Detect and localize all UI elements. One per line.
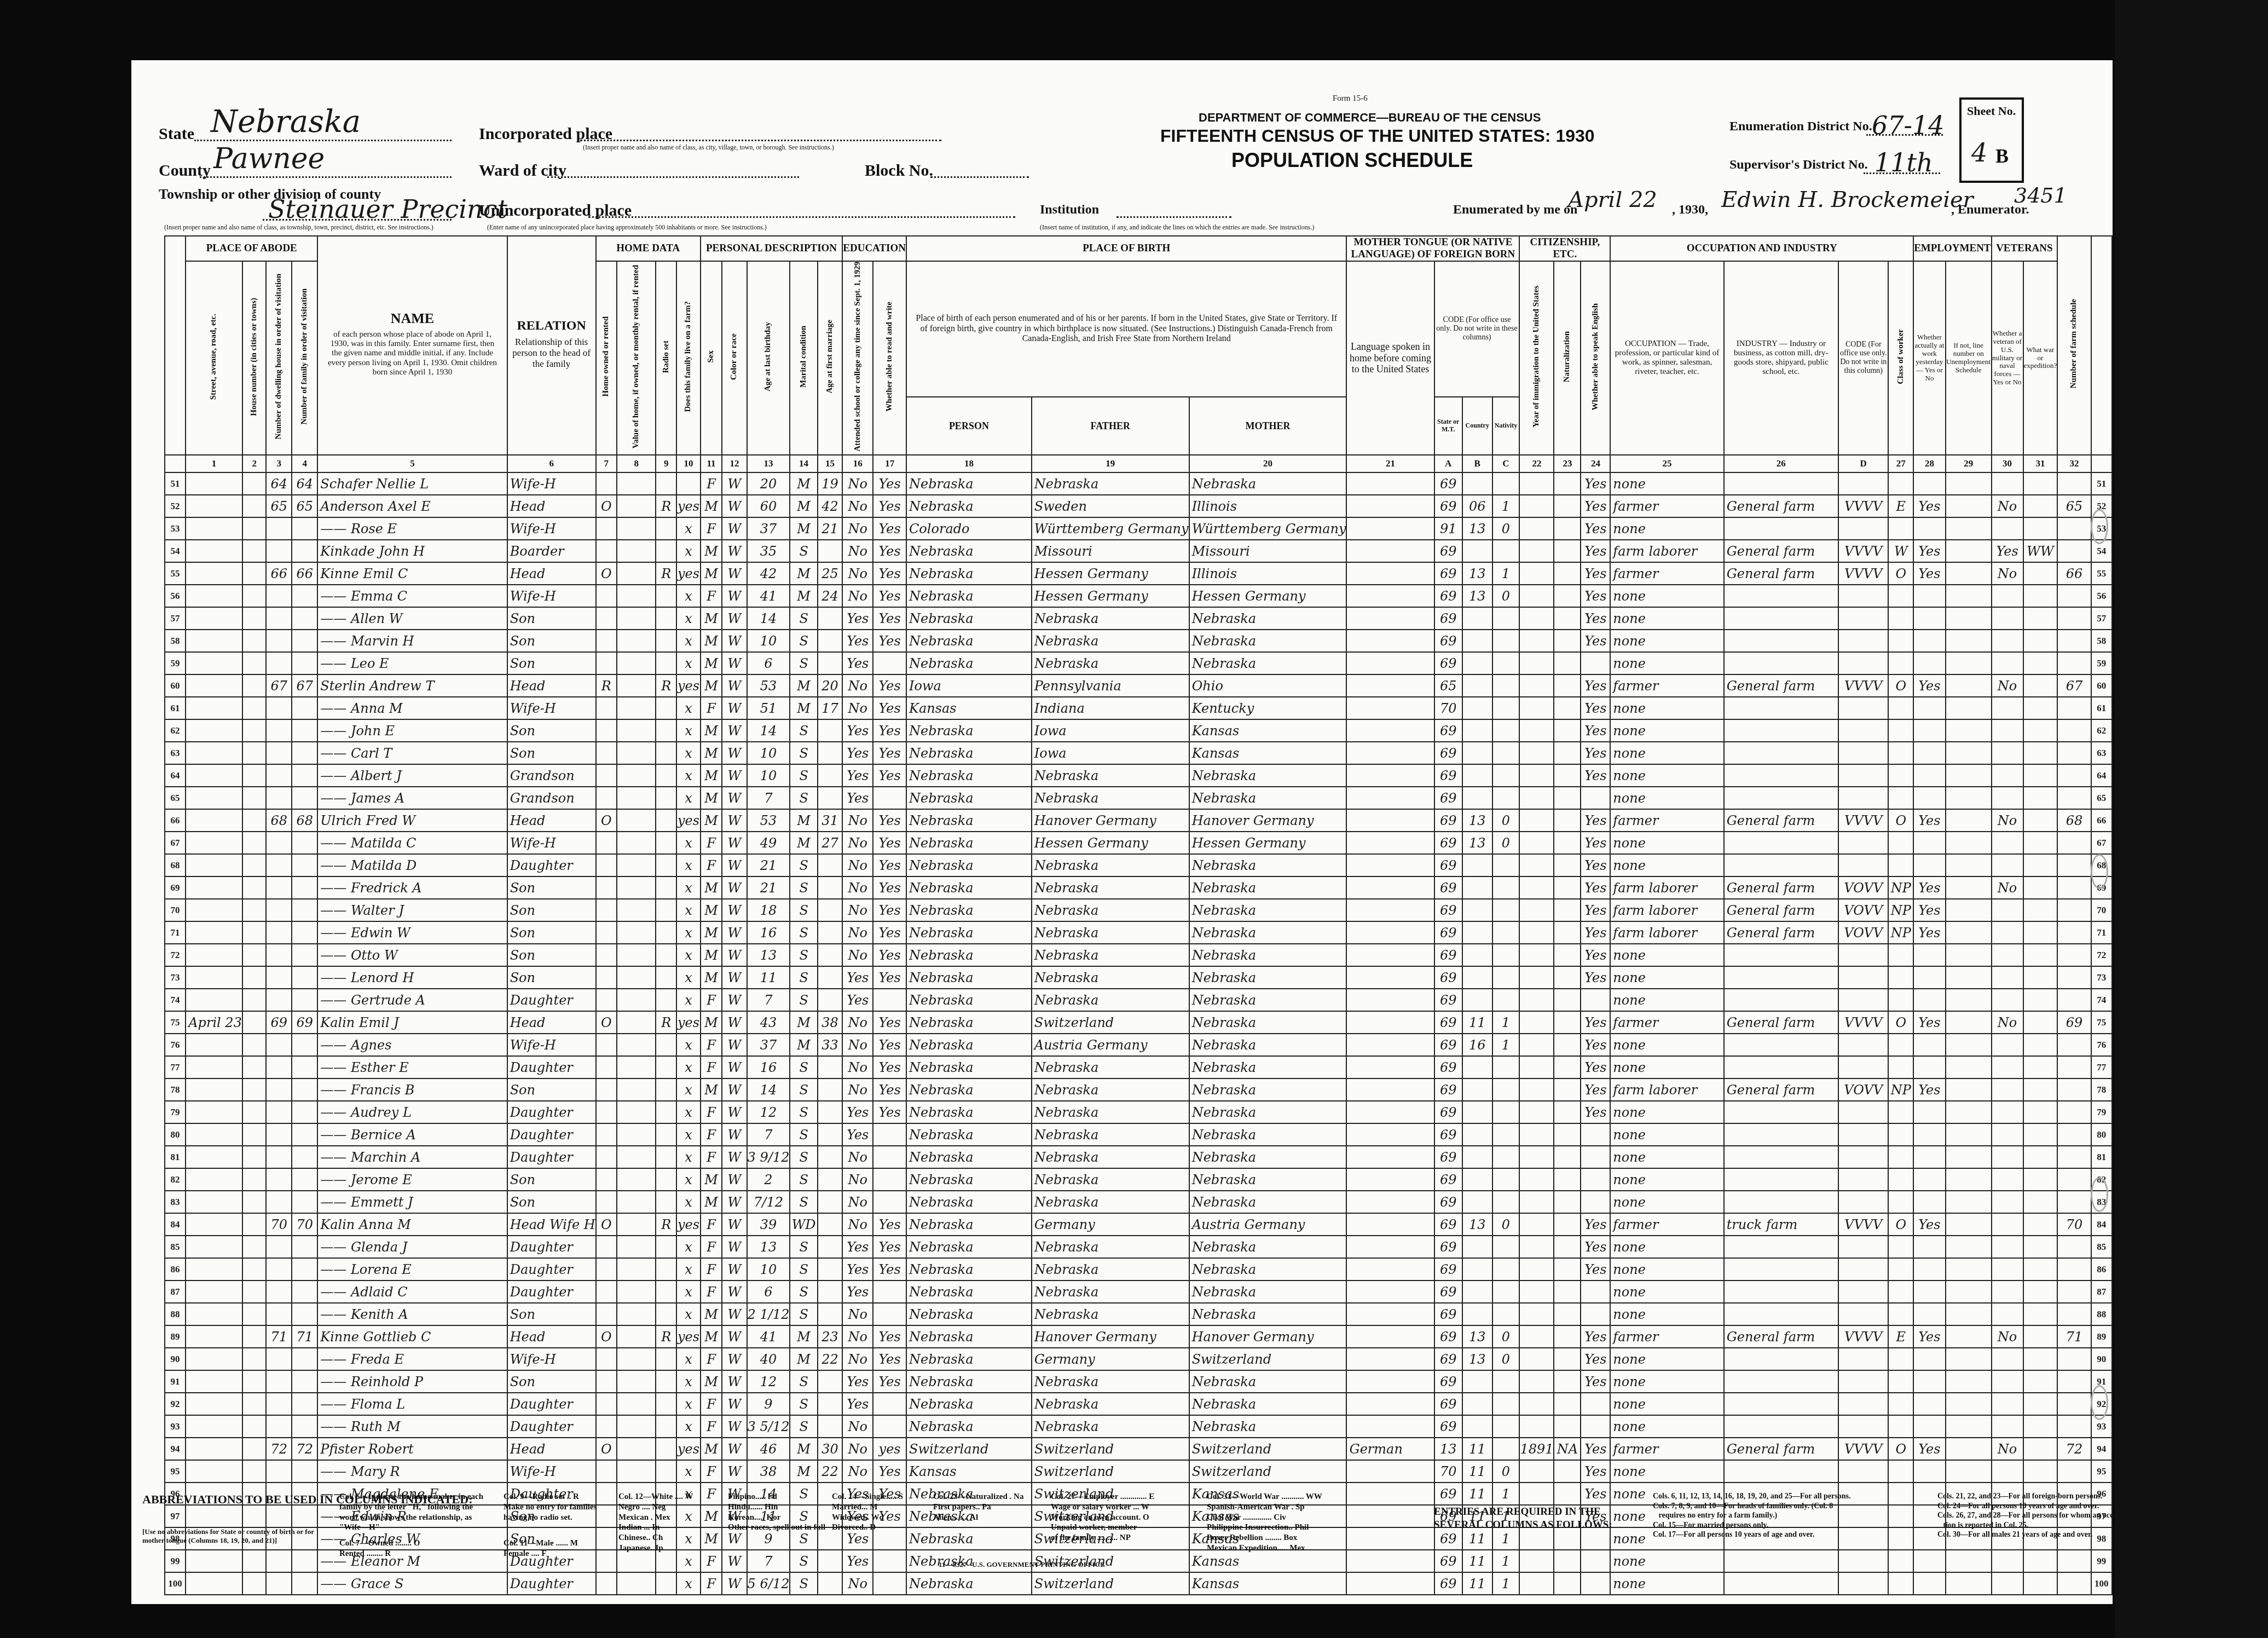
cell-relation[interactable]: Daughter (507, 1236, 596, 1258)
cell-marital[interactable]: S (790, 1101, 817, 1123)
cell-vet[interactable] (1992, 630, 2023, 652)
cell-work[interactable] (1913, 1303, 1946, 1325)
cell-age[interactable]: 35 (747, 540, 790, 562)
cell-marital[interactable]: S (790, 742, 817, 764)
cell-cb[interactable]: 13 (1462, 585, 1492, 607)
cell-cb[interactable] (1462, 899, 1492, 921)
cell-cls[interactable] (1888, 742, 1913, 764)
cell-age-marr[interactable] (818, 1370, 842, 1393)
cell-birth[interactable]: Nebraska (906, 495, 1032, 517)
cell-house[interactable] (242, 787, 266, 809)
cell-farmno[interactable] (2057, 697, 2091, 719)
cell-age-marr[interactable] (818, 966, 842, 989)
cell-war[interactable] (2023, 1213, 2058, 1236)
cell-read[interactable]: Yes (873, 876, 906, 899)
cell-imm[interactable] (1519, 1258, 1554, 1281)
cell-family[interactable] (292, 1505, 317, 1527)
cell-cc[interactable] (1492, 1123, 1520, 1146)
cell-age[interactable]: 9 (747, 1393, 790, 1415)
cell-vet[interactable] (1992, 1572, 2023, 1595)
cell-unemp[interactable] (1946, 1056, 1992, 1078)
cell-radio[interactable] (656, 1101, 676, 1123)
cell-cls[interactable] (1888, 832, 1913, 854)
cell-ca[interactable]: 69 (1434, 832, 1462, 854)
cell-race[interactable]: W (722, 1146, 747, 1168)
cell-nat[interactable] (1554, 540, 1581, 562)
cell-eng[interactable]: Yes (1581, 562, 1610, 585)
cell-race[interactable]: W (722, 1258, 747, 1281)
cell-cls[interactable] (1888, 1258, 1913, 1281)
cell-cb[interactable] (1462, 1101, 1492, 1123)
cell-age-marr[interactable] (818, 607, 842, 630)
cell-mother[interactable]: Nebraska (1189, 1123, 1347, 1146)
cell-race[interactable]: W (722, 832, 747, 854)
cell-read[interactable]: Yes (873, 944, 906, 966)
cell-farm[interactable]: x (676, 1572, 701, 1595)
cell-cb[interactable]: 13 (1462, 1348, 1492, 1370)
cell-name[interactable]: Kinkade John H (317, 540, 507, 562)
cell-farm[interactable]: x (676, 1191, 701, 1213)
cell-cb[interactable] (1462, 764, 1492, 787)
cell-code[interactable] (1838, 1281, 1888, 1303)
cell-age[interactable]: 39 (747, 1213, 790, 1236)
cell-father[interactable]: Germany (1032, 1213, 1189, 1236)
cell-house[interactable] (242, 764, 266, 787)
cell-read[interactable]: Yes (873, 585, 906, 607)
cell-unemp[interactable] (1946, 719, 1992, 742)
cell-family[interactable]: 66 (292, 562, 317, 585)
cell-cb[interactable]: 13 (1462, 832, 1492, 854)
cell-farmno[interactable]: 66 (2057, 562, 2091, 585)
cell-radio[interactable] (656, 697, 676, 719)
cell-nat[interactable] (1554, 674, 1581, 697)
cell-eng[interactable]: Yes (1581, 944, 1610, 966)
cell-unemp[interactable] (1946, 630, 1992, 652)
cell-relation[interactable]: Wife-H (507, 517, 596, 540)
cell-work[interactable]: Yes (1913, 876, 1946, 899)
cell-code[interactable]: VVVV (1838, 1325, 1888, 1348)
cell-farm[interactable]: yes (676, 562, 701, 585)
cell-lang[interactable] (1346, 1034, 1434, 1056)
cell-occ[interactable]: none (1610, 517, 1723, 540)
cell-cb[interactable] (1462, 540, 1492, 562)
cell-code[interactable] (1838, 1258, 1888, 1281)
cell-cc[interactable] (1492, 1078, 1520, 1101)
cell-mother[interactable]: Hessen Germany (1189, 832, 1347, 854)
enumerator-name[interactable]: Edwin H. Brockemeier (1721, 187, 1974, 212)
cell-birth[interactable]: Nebraska (906, 832, 1032, 854)
cell-relation[interactable]: Son (507, 1370, 596, 1393)
cell-mother[interactable]: Nebraska (1189, 1034, 1347, 1056)
cell-cls[interactable]: NP (1888, 1078, 1913, 1101)
cell-nat[interactable] (1554, 562, 1581, 585)
cell-work[interactable] (1913, 472, 1946, 495)
cell-age-marr[interactable]: 27 (818, 832, 842, 854)
cell-farm[interactable]: x (676, 966, 701, 989)
cell-marital[interactable]: S (790, 899, 817, 921)
cell-imm[interactable] (1519, 921, 1554, 944)
cell-eng[interactable]: Yes (1581, 1438, 1610, 1460)
cell-read[interactable] (873, 1303, 906, 1325)
cell-ca[interactable]: 69 (1434, 607, 1462, 630)
cell-mother[interactable]: Switzerland (1189, 1348, 1347, 1370)
cell-farmno[interactable] (2057, 1550, 2091, 1572)
cell-mother[interactable]: Switzerland (1189, 1460, 1347, 1483)
cell-unemp[interactable] (1946, 607, 1992, 630)
cell-code[interactable] (1838, 1303, 1888, 1325)
cell-street[interactable] (186, 1505, 242, 1527)
cell-code[interactable] (1838, 1348, 1888, 1370)
cell-owned[interactable] (596, 1258, 617, 1281)
cell-relation[interactable]: Son (507, 876, 596, 899)
cell-relation[interactable]: Head (507, 562, 596, 585)
cell-farmno[interactable] (2057, 472, 2091, 495)
cell-age-marr[interactable] (818, 1123, 842, 1146)
cell-race[interactable]: W (722, 1056, 747, 1078)
cell-farmno[interactable] (2057, 764, 2091, 787)
cell-vet[interactable] (1992, 1348, 2023, 1370)
cell-race[interactable]: W (722, 1303, 747, 1325)
cell-street[interactable] (186, 944, 242, 966)
cell-radio[interactable] (656, 989, 676, 1011)
cell-occ[interactable]: farmer (1610, 562, 1723, 585)
cell-sex[interactable]: M (701, 742, 722, 764)
cell-mother[interactable]: Kansas (1189, 742, 1347, 764)
cell-race[interactable]: W (722, 1572, 747, 1595)
cell-vet[interactable] (1992, 742, 2023, 764)
cell-code[interactable] (1838, 1034, 1888, 1056)
cell-cls[interactable]: O (1888, 1438, 1913, 1460)
cell-vet[interactable] (1992, 1303, 2023, 1325)
cell-work[interactable] (1913, 1056, 1946, 1078)
cell-marital[interactable]: M (790, 832, 817, 854)
cell-relation[interactable]: Head (507, 1011, 596, 1034)
cell-ca[interactable]: 70 (1434, 1460, 1462, 1483)
cell-war[interactable] (2023, 1370, 2058, 1393)
cell-relation[interactable]: Son (507, 1078, 596, 1101)
cell-name[interactable]: —— Fredrick A (317, 876, 507, 899)
cell-family[interactable] (292, 1415, 317, 1438)
cell-lang[interactable] (1346, 899, 1434, 921)
cell-sex[interactable]: M (701, 876, 722, 899)
cell-cc[interactable] (1492, 787, 1520, 809)
cell-farm[interactable]: x (676, 1034, 701, 1056)
cell-occ[interactable]: none (1610, 1303, 1723, 1325)
cell-cc[interactable]: 0 (1492, 517, 1520, 540)
cell-code[interactable]: VOVV (1838, 921, 1888, 944)
cell-work[interactable]: Yes (1913, 1078, 1946, 1101)
cell-name[interactable]: Anderson Axel E (317, 495, 507, 517)
cell-dwelling[interactable] (266, 742, 292, 764)
cell-imm[interactable] (1519, 832, 1554, 854)
cell-dwelling[interactable] (266, 1550, 292, 1572)
cell-lang[interactable] (1346, 1325, 1434, 1348)
cell-occ[interactable]: none (1610, 1370, 1723, 1393)
cell-vet[interactable] (1992, 1236, 2023, 1258)
cell-father[interactable]: Hessen Germany (1032, 585, 1189, 607)
cell-work[interactable]: Yes (1913, 1325, 1946, 1348)
cell-farm[interactable]: x (676, 1146, 701, 1168)
cell-cb[interactable]: 13 (1462, 562, 1492, 585)
cell-code[interactable] (1838, 1415, 1888, 1438)
cell-birth[interactable]: Nebraska (906, 1393, 1032, 1415)
cell-ind[interactable]: General farm (1724, 674, 1838, 697)
cell-street[interactable] (186, 562, 242, 585)
cell-unemp[interactable] (1946, 742, 1992, 764)
cell-street[interactable] (186, 1281, 242, 1303)
cell-street[interactable] (186, 517, 242, 540)
cell-read[interactable]: Yes (873, 1258, 906, 1281)
cell-vet[interactable] (1992, 832, 2023, 854)
cell-cc[interactable] (1492, 1146, 1520, 1168)
cell-birth[interactable]: Nebraska (906, 1011, 1032, 1034)
cell-work[interactable] (1913, 787, 1946, 809)
cell-read[interactable] (873, 652, 906, 674)
cell-war[interactable] (2023, 1056, 2058, 1078)
cell-ind[interactable] (1724, 1191, 1838, 1213)
cell-imm[interactable] (1519, 944, 1554, 966)
cell-farmno[interactable] (2057, 1572, 2091, 1595)
cell-occ[interactable]: farmer (1610, 1213, 1723, 1236)
cell-war[interactable] (2023, 472, 2058, 495)
cell-cc[interactable] (1492, 764, 1520, 787)
cell-relation[interactable]: Wife-H (507, 472, 596, 495)
cell-age[interactable]: 10 (747, 742, 790, 764)
cell-war[interactable] (2023, 944, 2058, 966)
cell-nat[interactable] (1554, 1078, 1581, 1101)
cell-father[interactable]: Württemberg Germany (1032, 517, 1189, 540)
cell-value[interactable] (617, 876, 656, 899)
cell-age-marr[interactable]: 22 (818, 1348, 842, 1370)
cell-value[interactable] (617, 944, 656, 966)
cell-read[interactable] (873, 1572, 906, 1595)
cell-dwelling[interactable] (266, 966, 292, 989)
cell-ind[interactable] (1724, 697, 1838, 719)
cell-unemp[interactable] (1946, 1146, 1992, 1168)
cell-farmno[interactable] (2057, 1370, 2091, 1393)
cell-lang[interactable] (1346, 764, 1434, 787)
cell-age-marr[interactable] (818, 1101, 842, 1123)
cell-owned[interactable] (596, 1078, 617, 1101)
cell-war[interactable] (2023, 1078, 2058, 1101)
cell-name[interactable]: —— Glenda J (317, 1236, 507, 1258)
cell-imm[interactable] (1519, 1550, 1554, 1572)
cell-street[interactable] (186, 697, 242, 719)
cell-read[interactable] (873, 1393, 906, 1415)
cell-dwelling[interactable] (266, 1348, 292, 1370)
cell-code[interactable] (1838, 832, 1888, 854)
cell-birth[interactable]: Nebraska (906, 607, 1032, 630)
cell-relation[interactable]: Head (507, 1325, 596, 1348)
cell-family[interactable]: 69 (292, 1011, 317, 1034)
cell-cls[interactable] (1888, 1191, 1913, 1213)
cell-lang[interactable]: German (1346, 1438, 1434, 1460)
cell-race[interactable]: W (722, 1415, 747, 1438)
cell-age[interactable]: 41 (747, 585, 790, 607)
cell-farm[interactable]: x (676, 517, 701, 540)
cell-mother[interactable]: Ohio (1189, 674, 1347, 697)
cell-cb[interactable]: 06 (1462, 495, 1492, 517)
cell-cb[interactable]: 13 (1462, 809, 1492, 832)
cell-value[interactable] (617, 966, 656, 989)
cell-nat[interactable] (1554, 495, 1581, 517)
cell-imm[interactable] (1519, 1168, 1554, 1191)
cell-work[interactable] (1913, 1034, 1946, 1056)
cell-cls[interactable]: NP (1888, 899, 1913, 921)
cell-mother[interactable]: Hanover Germany (1189, 809, 1347, 832)
cell-farmno[interactable] (2057, 1460, 2091, 1483)
cell-name[interactable]: Sterlin Andrew T (317, 674, 507, 697)
cell-cc[interactable] (1492, 1393, 1520, 1415)
cell-dwelling[interactable] (266, 921, 292, 944)
cell-owned[interactable] (596, 585, 617, 607)
cell-dwelling[interactable]: 72 (266, 1438, 292, 1460)
cell-name[interactable]: —— Albert J (317, 764, 507, 787)
cell-eng[interactable]: Yes (1581, 630, 1610, 652)
cell-street[interactable] (186, 607, 242, 630)
cell-owned[interactable] (596, 1415, 617, 1438)
cell-age[interactable]: 18 (747, 899, 790, 921)
cell-read[interactable] (873, 787, 906, 809)
cell-nat[interactable] (1554, 1168, 1581, 1191)
cell-birth[interactable]: Nebraska (906, 1325, 1032, 1348)
cell-sex[interactable]: F (701, 854, 722, 876)
cell-occ[interactable]: none (1610, 1393, 1723, 1415)
cell-cls[interactable] (1888, 944, 1913, 966)
cell-house[interactable] (242, 1505, 266, 1527)
cell-occ[interactable]: farmer (1610, 674, 1723, 697)
cell-imm[interactable] (1519, 787, 1554, 809)
cell-street[interactable] (186, 1325, 242, 1348)
cell-birth[interactable]: Nebraska (906, 562, 1032, 585)
cell-code[interactable] (1838, 585, 1888, 607)
cell-name[interactable]: —— Bernice A (317, 1123, 507, 1146)
cell-imm[interactable] (1519, 1572, 1554, 1595)
cell-age-marr[interactable]: 38 (818, 1011, 842, 1034)
cell-lang[interactable] (1346, 607, 1434, 630)
cell-radio[interactable] (656, 1303, 676, 1325)
cell-family[interactable] (292, 1034, 317, 1056)
cell-house[interactable] (242, 472, 266, 495)
cell-code[interactable] (1838, 787, 1888, 809)
cell-street[interactable] (186, 652, 242, 674)
cell-value[interactable] (617, 989, 656, 1011)
cell-dwelling[interactable] (266, 1078, 292, 1101)
cell-name[interactable]: —— Agnes (317, 1034, 507, 1056)
cell-family[interactable] (292, 764, 317, 787)
cell-value[interactable] (617, 1348, 656, 1370)
cell-imm[interactable] (1519, 1236, 1554, 1258)
cell-nat[interactable] (1554, 1415, 1581, 1438)
cell-farmno[interactable] (2057, 944, 2091, 966)
cell-farm[interactable]: yes (676, 495, 701, 517)
cell-age-marr[interactable] (818, 1056, 842, 1078)
cell-cc[interactable] (1492, 1191, 1520, 1213)
cell-cls[interactable]: E (1888, 495, 1913, 517)
cell-war[interactable] (2023, 1146, 2058, 1168)
cell-work[interactable] (1913, 1370, 1946, 1393)
cell-dwelling[interactable] (266, 652, 292, 674)
cell-farmno[interactable] (2057, 719, 2091, 742)
cell-radio[interactable] (656, 1258, 676, 1281)
supervisor-value[interactable]: 11th (1874, 148, 1933, 177)
cell-race[interactable]: W (722, 1191, 747, 1213)
cell-unemp[interactable] (1946, 1303, 1992, 1325)
cell-occ[interactable]: none (1610, 652, 1723, 674)
cell-age-marr[interactable] (818, 1550, 842, 1572)
cell-farm[interactable]: x (676, 1123, 701, 1146)
cell-imm[interactable] (1519, 1370, 1554, 1393)
cell-dwelling[interactable] (266, 1303, 292, 1325)
cell-owned[interactable]: O (596, 1011, 617, 1034)
cell-age[interactable]: 13 (747, 1236, 790, 1258)
cell-occ[interactable]: farm laborer (1610, 876, 1723, 899)
cell-age[interactable]: 3 9/12 (747, 1146, 790, 1168)
cell-street[interactable] (186, 1415, 242, 1438)
cell-birth[interactable]: Nebraska (906, 1123, 1032, 1146)
cell-name[interactable]: —— Freda E (317, 1348, 507, 1370)
cell-mother[interactable]: Nebraska (1189, 652, 1347, 674)
cell-value[interactable] (617, 1011, 656, 1034)
cell-occ[interactable]: farm laborer (1610, 921, 1723, 944)
cell-unemp[interactable] (1946, 1191, 1992, 1213)
cell-read[interactable]: Yes (873, 764, 906, 787)
cell-owned[interactable] (596, 1393, 617, 1415)
cell-cls[interactable]: E (1888, 1325, 1913, 1348)
cell-owned[interactable] (596, 787, 617, 809)
cell-code[interactable]: VOVV (1838, 876, 1888, 899)
cell-unemp[interactable] (1946, 989, 1992, 1011)
cell-age-marr[interactable] (818, 719, 842, 742)
cell-unemp[interactable] (1946, 585, 1992, 607)
cell-age[interactable]: 6 (747, 1281, 790, 1303)
cell-cc[interactable] (1492, 1303, 1520, 1325)
cell-school[interactable]: Yes (842, 1370, 873, 1393)
cell-name[interactable]: —— Rose E (317, 517, 507, 540)
cell-vet[interactable] (1992, 1415, 2023, 1438)
cell-cb[interactable]: 13 (1462, 1213, 1492, 1236)
cell-code[interactable] (1838, 607, 1888, 630)
cell-ca[interactable]: 13 (1434, 1438, 1462, 1460)
cell-name[interactable]: —— Emmett J (317, 1191, 507, 1213)
cell-owned[interactable]: O (596, 809, 617, 832)
cell-code[interactable] (1838, 1056, 1888, 1078)
cell-family[interactable] (292, 1056, 317, 1078)
cell-cb[interactable]: 11 (1462, 1483, 1492, 1505)
cell-read[interactable] (873, 1191, 906, 1213)
cell-family[interactable] (292, 944, 317, 966)
cell-ca[interactable]: 69 (1434, 1078, 1462, 1101)
cell-cls[interactable] (1888, 1393, 1913, 1415)
cell-dwelling[interactable] (266, 854, 292, 876)
cell-owned[interactable] (596, 1168, 617, 1191)
cell-ca[interactable]: 65 (1434, 674, 1462, 697)
cell-house[interactable] (242, 1034, 266, 1056)
cell-cc[interactable]: 1 (1492, 562, 1520, 585)
cell-ca[interactable]: 69 (1434, 1146, 1462, 1168)
cell-unemp[interactable] (1946, 809, 1992, 832)
cell-unemp[interactable] (1946, 1572, 1992, 1595)
cell-marital[interactable]: M (790, 674, 817, 697)
cell-owned[interactable] (596, 1236, 617, 1258)
cell-family[interactable]: 67 (292, 674, 317, 697)
cell-sex[interactable]: M (701, 899, 722, 921)
cell-relation[interactable]: Daughter (507, 1393, 596, 1415)
cell-mother[interactable]: Missouri (1189, 540, 1347, 562)
cell-farmno[interactable] (2057, 1281, 2091, 1303)
cell-cb[interactable] (1462, 630, 1492, 652)
cell-relation[interactable]: Wife-H (507, 585, 596, 607)
